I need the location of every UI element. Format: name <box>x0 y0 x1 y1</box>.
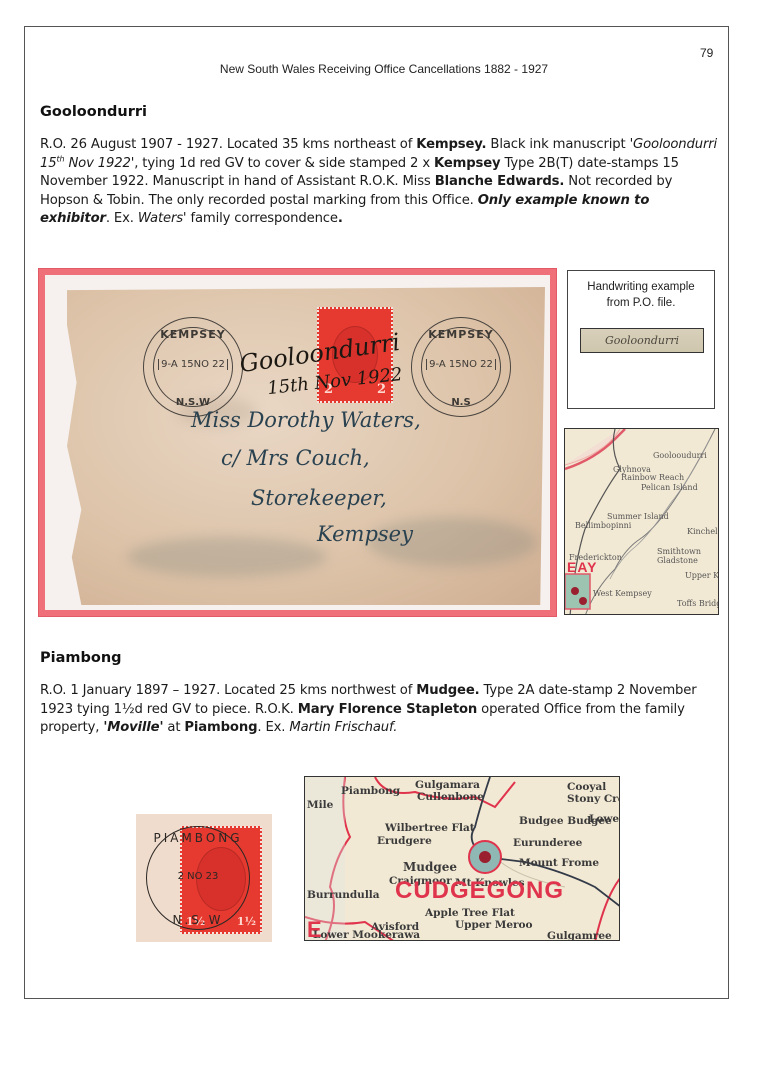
section-title-gooloondurri: Gooloondurri <box>40 104 147 120</box>
handwriting-caption: Handwriting example from P.O. file. <box>568 279 714 311</box>
address-line-3: Storekeeper, <box>251 483 387 513</box>
cover-image: KEMPSEY 9-A 15NO 22 N.S.W 2 2 KEMPSEY 9-… <box>38 268 557 617</box>
map-kempsey-area: Goolooudurri Glyhnova Rainbow Reach Peli… <box>564 428 719 615</box>
piece-with-stamp: 1½ 1½ PIAMBONG 2 NO 23 N.S.W <box>136 814 272 942</box>
handwriting-sample: Gooloondurri <box>580 328 704 353</box>
section-description-piambong: R.O. 1 January 1897 – 1927. Located 25 k… <box>40 682 720 738</box>
map-mudgee-area: Piambong Mile Gulgamara Cullenbone Cooya… <box>304 776 620 941</box>
section-title-piambong: Piambong <box>40 650 122 666</box>
page-header: New South Wales Receiving Office Cancell… <box>0 62 768 76</box>
section-description-gooloondurri: R.O. 26 August 1907 - 1927. Located 35 k… <box>40 136 720 229</box>
address-line-2: c/ Mrs Couch, <box>221 443 370 473</box>
kempsey-postmark-right: KEMPSEY 9-A 15NO 22 N.S <box>411 317 511 417</box>
address-line-4: Kempsey <box>317 519 413 549</box>
kempsey-postmark-left: KEMPSEY 9-A 15NO 22 N.S.W <box>143 317 243 417</box>
address-line-1: Miss Dorothy Waters, <box>191 405 421 435</box>
envelope: KEMPSEY 9-A 15NO 22 N.S.W 2 2 KEMPSEY 9-… <box>67 287 545 605</box>
piambong-postmark: PIAMBONG 2 NO 23 N.S.W <box>146 826 250 930</box>
handwriting-example-box: Handwriting example from P.O. file. Gool… <box>567 270 715 409</box>
page-number: 79 <box>700 46 713 60</box>
